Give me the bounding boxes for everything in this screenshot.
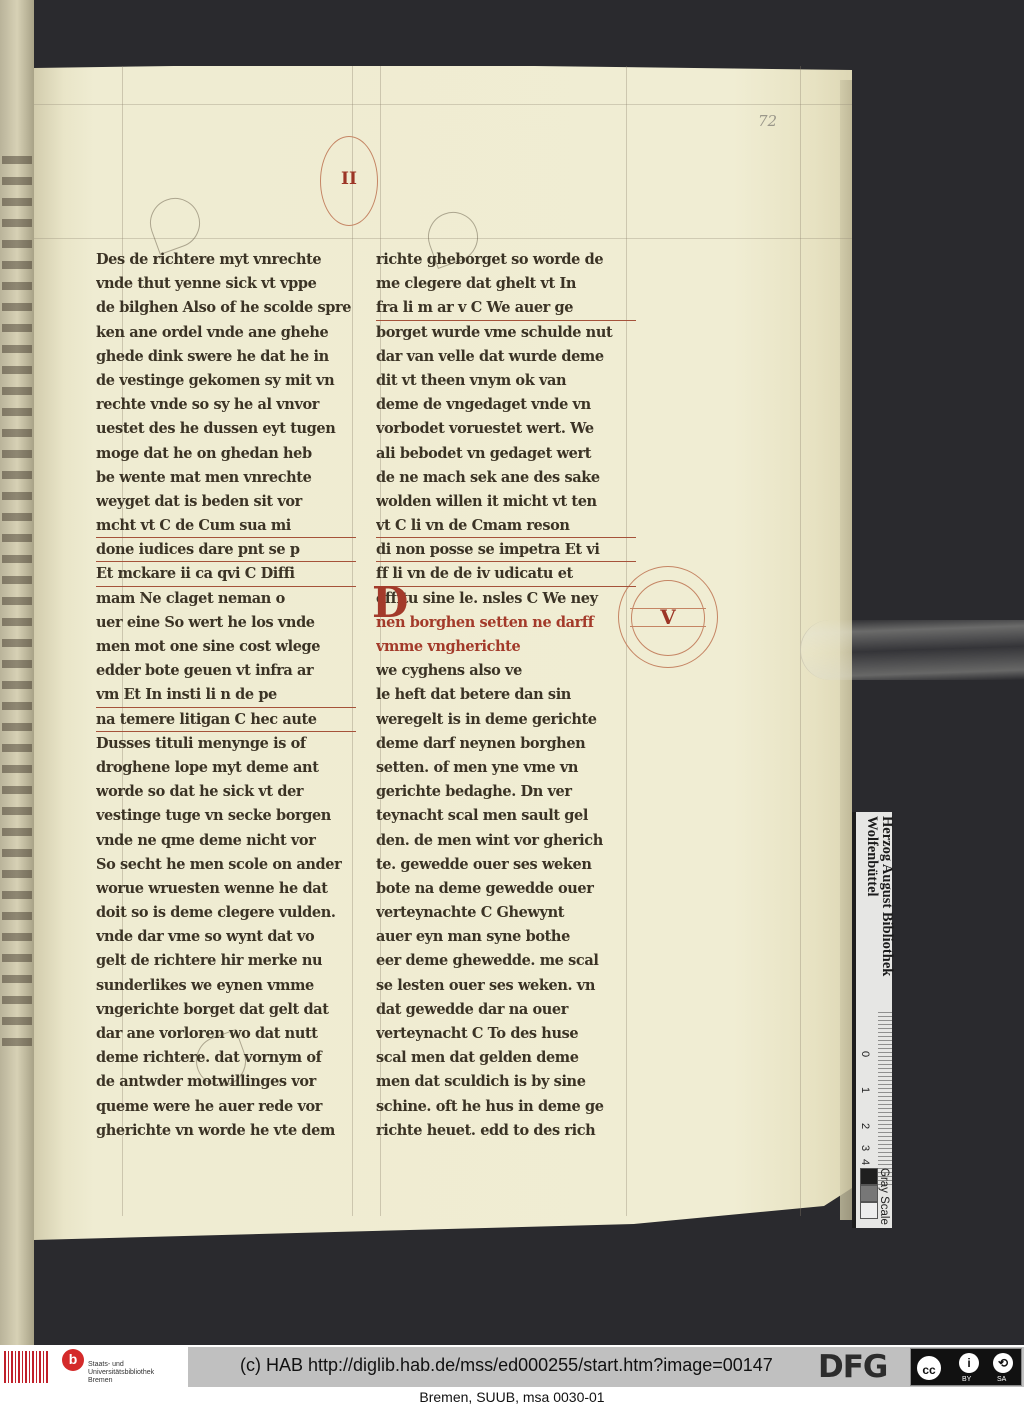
cc-by-label: BY xyxy=(962,1376,971,1383)
text-line: vm Et In insti li n de pe xyxy=(96,683,356,707)
text-line: vnde dar vme so wynt dat vo xyxy=(96,925,356,949)
text-line: edder bote geuen vt infra ar xyxy=(96,659,356,683)
ruler-mark: 3 xyxy=(859,1145,871,1151)
text-line: sunderlikes we eynen vmme xyxy=(96,974,356,998)
decorated-initial: D xyxy=(372,582,402,624)
text-line: gerichte bedaghe. Dn ver xyxy=(376,780,636,804)
text-line: verteynachte C Ghewynt xyxy=(376,901,636,925)
text-line: le heft dat betere dan sin xyxy=(376,683,636,707)
suub-name-line2: Universitätsbibliothek xyxy=(88,1369,154,1377)
suub-logo: b Staats- und Universitätsbibliothek Bre… xyxy=(0,1347,188,1387)
text-line: ghede dink swere he dat he in xyxy=(96,345,356,369)
text-line: de antwder motwillinges vor xyxy=(96,1070,356,1094)
text-line: de vestinge gekomen sy mit vn xyxy=(96,369,356,393)
text-line: dit vt theen vnym ok van xyxy=(376,369,636,393)
text-line: be wente mat men vnrechte xyxy=(96,466,356,490)
cc-sa-label: SA xyxy=(997,1376,1006,1383)
suub-name-line3: Bremen xyxy=(88,1377,154,1385)
text-line: na temere litigan C hec aute xyxy=(96,708,356,732)
cc-by-icon: i xyxy=(959,1353,979,1373)
text-line: ali bebodet vn gedaget wert xyxy=(376,442,636,466)
text-line: vnde thut yenne sick vt vppe xyxy=(96,272,356,296)
text-line: uestet des he dussen eyt tugen xyxy=(96,417,356,441)
text-line: men mot one sine cost wlege xyxy=(96,635,356,659)
text-line: rechte vnde so sy he al vnvor xyxy=(96,393,356,417)
text-line: bote na deme gewedde ouer xyxy=(376,877,636,901)
text-line: men dat sculdich is by sine xyxy=(376,1070,636,1094)
text-line: So secht he men scole on ander xyxy=(96,853,356,877)
ruling-line xyxy=(34,104,852,105)
text-line: vnde ne qme deme nicht vor xyxy=(96,829,356,853)
section-marker-top: II xyxy=(321,169,377,189)
text-line: weyget dat is beden sit vor xyxy=(96,490,356,514)
text-line: setten. of men yne vme vn xyxy=(376,756,636,780)
text-line: dat gewedde dar na ouer xyxy=(376,998,636,1022)
previous-leaf-text xyxy=(2,150,32,1050)
gray-chip-black xyxy=(860,1168,878,1185)
suub-b-icon: b xyxy=(62,1349,84,1371)
text-line: vorbodet voruestet wert. We xyxy=(376,417,636,441)
text-column-right: richte gheborget so worde de me clegere … xyxy=(376,248,636,1143)
text-line: wolden willen it micht vt ten xyxy=(376,490,636,514)
text-line: richte heuet. edd to des rich xyxy=(376,1119,636,1143)
color-scale-card: Herzog August Bibliothek Wolfenbüttel 0 … xyxy=(852,812,892,1228)
text-line: worue wruesten wenne he dat xyxy=(96,877,356,901)
text-line: deme darf neynen borghen xyxy=(376,732,636,756)
text-line: uer eine So wert he los vnde xyxy=(96,611,356,635)
suub-name-line1: Staats- und xyxy=(88,1361,154,1369)
ruler-mark: 4 xyxy=(859,1159,871,1165)
suub-bars-icon xyxy=(4,1351,50,1383)
text-line: done iudices dare pnt se p xyxy=(96,538,356,562)
section-roundel-top: II xyxy=(320,136,378,226)
text-line: moge dat he on ghedan heb xyxy=(96,442,356,466)
gray-scale-label: Gray Scale xyxy=(878,1168,890,1225)
text-line: Des de richtere myt vnrechte xyxy=(96,248,356,272)
text-line: queme were he auer rede vor xyxy=(96,1095,356,1119)
text-line: ken ane ordel vnde ane ghehe xyxy=(96,321,356,345)
text-line: vestinge tuge vn secke borgen xyxy=(96,804,356,828)
text-line: dar van velle dat wurde deme xyxy=(376,345,636,369)
ruler-mark: 0 xyxy=(859,1051,871,1057)
text-line: mcht vt C de Cum sua mi xyxy=(96,514,356,538)
footer-bar: b Staats- und Universitätsbibliothek Bre… xyxy=(0,1347,1024,1387)
plexiglass-clamp xyxy=(800,620,1024,680)
text-line: Et mckare ii ca qvi C Diffi xyxy=(96,562,356,586)
cc-sa-icon: ⟲ xyxy=(993,1353,1013,1373)
manuscript-scan: 72 II V Des de richtere myt vnrechte vnd… xyxy=(0,0,1024,1345)
ruler-mark: 1 xyxy=(859,1087,871,1093)
text-line: de bilghen Also of he scolde spre xyxy=(96,296,356,320)
text-line: de ne mach sek ane des sake xyxy=(376,466,636,490)
section-marker-margin: V xyxy=(632,605,704,629)
text-line: Dusses tituli menynge is of xyxy=(96,732,356,756)
shelfmark-caption: Bremen, SUUB, msa 0030-01 xyxy=(0,1389,1024,1405)
text-line: me clegere dat ghelt vt In xyxy=(376,272,636,296)
gray-chip-mid xyxy=(860,1185,878,1202)
text-line: deme de vngedaget vnde vn xyxy=(376,393,636,417)
text-line: we cyghens also ve xyxy=(376,659,636,683)
text-line: richte gheborget so worde de xyxy=(376,248,636,272)
section-roundel-margin: V xyxy=(631,580,705,656)
gray-chip-white xyxy=(860,1202,878,1219)
text-line: schine. oft he hus in deme ge xyxy=(376,1095,636,1119)
rubric-line: vmme vngherichte xyxy=(376,635,636,659)
text-line: gherichte vn worde he vte dem xyxy=(96,1119,356,1143)
folio-number: 72 xyxy=(758,112,777,130)
cc-icon: cc xyxy=(915,1354,943,1382)
text-line: fra li m ar v C We auer ge xyxy=(376,296,636,320)
text-line: dar ane vorloren wo dat nutt xyxy=(96,1022,356,1046)
text-line: verteynacht C To des huse xyxy=(376,1022,636,1046)
scale-title-line1: Herzog August Bibliothek xyxy=(879,816,895,976)
ruler-ticks xyxy=(878,1012,892,1188)
text-line: scal men dat gelden deme xyxy=(376,1046,636,1070)
text-line: droghene lope myt deme ant xyxy=(96,756,356,780)
text-line: ff li vn de de iv udicatu et xyxy=(376,562,636,586)
scale-title-line2: Wolfenbüttel xyxy=(864,816,880,897)
text-line: den. de men wint vor gherich xyxy=(376,829,636,853)
text-line: deme richtere. dat vornym of xyxy=(96,1046,356,1070)
copyright-link[interactable]: (c) HAB http://diglib.hab.de/mss/ed00025… xyxy=(240,1355,773,1376)
ruler-mark: 2 xyxy=(859,1123,871,1129)
text-line: worde so dat he sick vt der xyxy=(96,780,356,804)
text-line: auer eyn man syne bothe xyxy=(376,925,636,949)
text-line: mam Ne claget neman o xyxy=(96,587,356,611)
text-line: vngerichte borget dat gelt dat xyxy=(96,998,356,1022)
rubric-line: nen borghen setten ne darff xyxy=(376,611,636,635)
dfg-logo: DFG xyxy=(818,1351,887,1383)
text-line: te. gewedde ouer ses weken xyxy=(376,853,636,877)
text-line: effitu sine le. nsles C We ney xyxy=(376,587,636,611)
text-line: vt C li vn de Cmam reson xyxy=(376,514,636,538)
text-line: eer deme ghewedde. me scal xyxy=(376,949,636,973)
text-line: di non posse se impetra Et vi xyxy=(376,538,636,562)
text-column-left: Des de richtere myt vnrechte vnde thut y… xyxy=(96,248,356,1143)
cc-license-badge[interactable]: cc i ⟲ BY SA xyxy=(910,1348,1022,1386)
text-line: doit so is deme clegere vulden. xyxy=(96,901,356,925)
text-line: gelt de richtere hir merke nu xyxy=(96,949,356,973)
previous-leaf-edge xyxy=(0,0,34,1345)
text-line: se lesten ouer ses weken. vn xyxy=(376,974,636,998)
text-line: weregelt is in deme gerichte xyxy=(376,708,636,732)
text-line: teynacht scal men sault gel xyxy=(376,804,636,828)
text-line: borget wurde vme schulde nut xyxy=(376,321,636,345)
suub-name: Staats- und Universitätsbibliothek Breme… xyxy=(88,1361,154,1385)
